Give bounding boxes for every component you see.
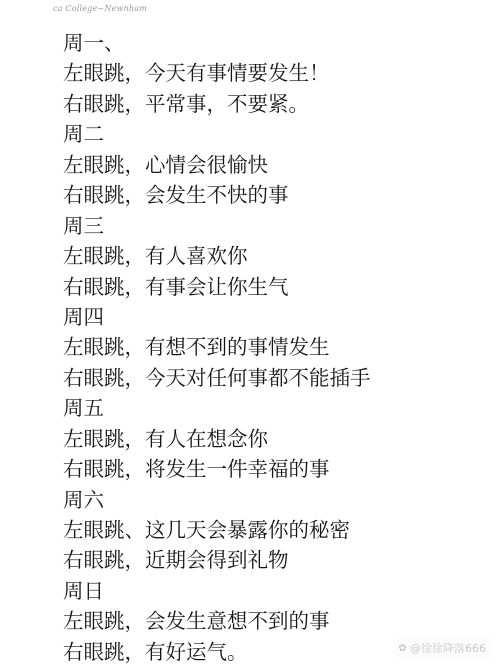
day-heading-saturday: 周六 [63,485,371,515]
list-item: 右眼跳，有事会让你生气 [63,272,371,302]
list-item: 左眼跳，有人在想念你 [63,424,371,454]
day-heading-friday: 周五 [63,393,371,423]
list-item: 右眼跳，平常事，不要紧。 [63,89,371,119]
weekday-eye-twitch-list: 周一、 左眼跳，今天有事情要发生！ 右眼跳，平常事，不要紧。 周二 左眼跳，心情… [63,28,371,666]
list-item: 左眼跳，会发生意想不到的事 [63,606,371,636]
list-item: 左眼跳、这几天会暴露你的秘密 [63,515,371,545]
list-item: 左眼跳，有人喜欢你 [63,241,371,271]
list-item: 右眼跳，近期会得到礼物 [63,545,371,575]
list-item: 右眼跳，有好运气。 [63,637,371,666]
day-heading-sunday: 周日 [63,576,371,606]
watermark: ✿ @徐徐降落666 [393,638,490,658]
list-item: 右眼跳，将发生一件幸福的事 [63,454,371,484]
day-heading-monday: 周一、 [63,28,371,58]
list-item: 左眼跳，心情会很愉快 [63,150,371,180]
day-heading-tuesday: 周二 [63,119,371,149]
paw-icon: ✿ [397,643,408,654]
list-item: 左眼跳，有想不到的事情发生 [63,332,371,362]
list-item: 左眼跳，今天有事情要发生！ [63,58,371,88]
watermark-text: @徐徐降落666 [410,640,486,656]
list-item: 右眼跳，会发生不快的事 [63,180,371,210]
day-heading-wednesday: 周三 [63,211,371,241]
list-item: 右眼跳，今天对任何事都不能插手 [63,363,371,393]
day-heading-thursday: 周四 [63,302,371,332]
source-tag: ca College~Newnham [53,4,147,13]
